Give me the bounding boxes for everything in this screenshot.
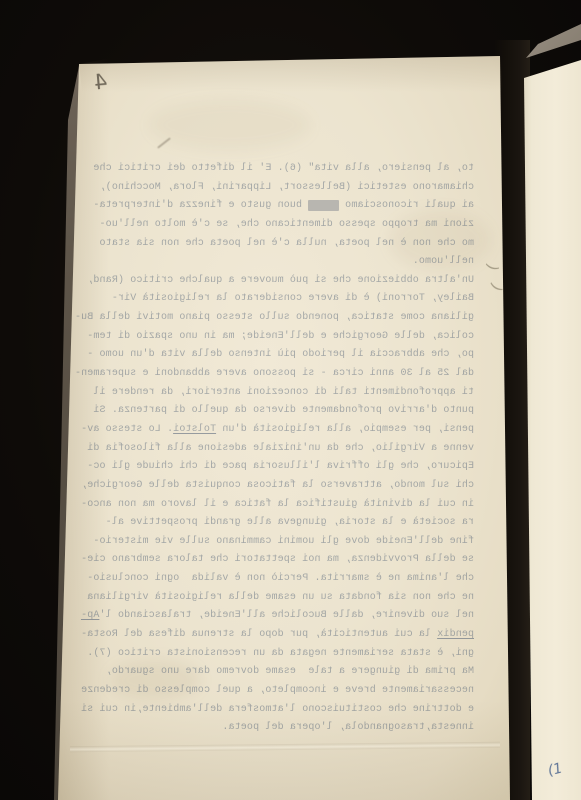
ghost-text-line: se della Provvidenza, ma noi spettatori …: [86, 551, 474, 570]
ghost-text-line: to, al pensiero, alla vita" (6). E' il d…: [86, 160, 474, 179]
ghost-text-line: che l'anima ne è smarrita. Perciò non è …: [86, 570, 474, 589]
ghost-text-line: pensi, per esempio, alla religiosità d'u…: [86, 421, 474, 440]
ghost-text-line: nel suo divenire, dalle Bucoliche all'En…: [86, 607, 474, 626]
ghost-text-line: chi sul mondo, attraverso la faticosa co…: [86, 477, 474, 496]
ghost-text-line: necessariamente breve e incompleto, a qu…: [86, 682, 474, 701]
ghost-text-line: ai quali riconosciamo xxxxx buon gusto e…: [86, 197, 474, 216]
ghost-text: to, al pensiero, alla vita" (6). E' il d…: [86, 160, 474, 738]
photo-of-archival-page: to, al pensiero, alla vita" (6). E' il d…: [0, 0, 581, 800]
ghost-text-line: venne a Virgilio, che da un'iniziale ade…: [86, 440, 474, 459]
ghost-text-line: e dottrine che costituiscono l'atmosfera…: [86, 701, 474, 720]
ghost-text-line: mo che non è nel poeta, nulla c'è nel po…: [86, 235, 474, 254]
ghost-text-line: ne che non sia fondata su un esame della…: [86, 589, 474, 608]
ghost-text-line: po, che abbraccia il periodo più intenso…: [86, 346, 474, 365]
ghost-text-line: pendix la cui autenticità, pur dopo la s…: [86, 626, 474, 645]
ghost-text-line: innesta,trasognandola, l'opera del poeta…: [86, 719, 474, 738]
ghost-text-line: Un'altra obbiezione che si può muovere a…: [86, 272, 474, 291]
ghost-text-line: ra società e la storia, giungeva alle gr…: [86, 514, 474, 533]
ghost-text-line: fine dell'Eneide dove gli uomini cammina…: [86, 533, 474, 552]
ghost-text-line: colica, delle Georgiche e dell'Eneide; m…: [86, 328, 474, 347]
ghost-text-line: Bailey, Torroni) è di avere considerato …: [86, 290, 474, 309]
ghost-text-line: nell'uomo.: [86, 253, 474, 272]
ghost-text-line: ti approfondimenti tali di concezioni an…: [86, 384, 474, 403]
ghost-text-line: Epicuro, che gli offriva l'illusoria pac…: [86, 458, 474, 477]
ghost-text-line: Ma prima di giungere a tale esame dovrem…: [86, 663, 474, 682]
ghost-text-line: in cui la divinità giustifica la fatica …: [86, 496, 474, 515]
ghost-text-line: gni, è stata seriamente negata da un rec…: [86, 645, 474, 664]
ghost-text-line: punto d'arrivo profondamente diverso da …: [86, 402, 474, 421]
folio-number-pencil: 4: [93, 69, 108, 94]
ghost-text-line: dal 25 al 30 anni circa - si possono ave…: [86, 365, 474, 384]
ghost-text-line: giliana come statica, ponendo sullo stes…: [86, 309, 474, 328]
ghost-text-line: zioni ma troppo spesso dimenticano che, …: [86, 216, 474, 235]
paper-stain: [150, 100, 310, 150]
ghost-text-line: chiamarono estetici (Bellessort, Lippari…: [86, 179, 474, 198]
